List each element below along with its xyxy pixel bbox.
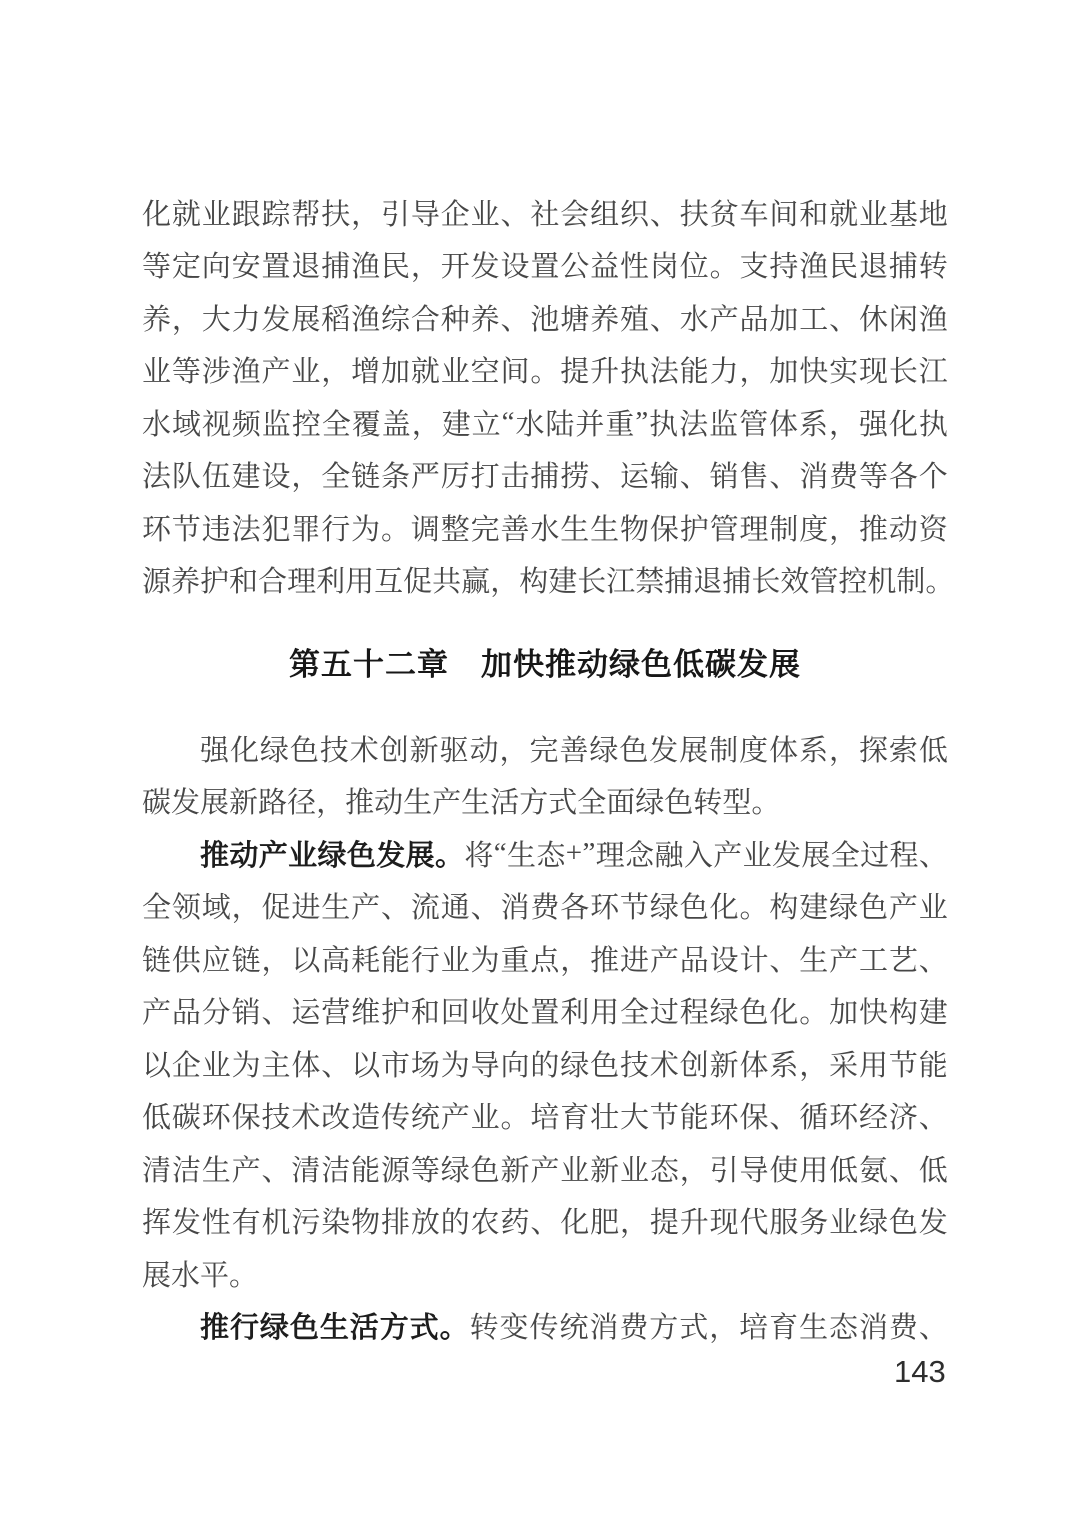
text-block: 化就业跟踪帮扶，引导企业、社会组织、扶贫车间和就业基地 等定向安置退捕渔民，开发… [142,186,948,1352]
text-line: 业等涉渔产业，增加就业空间。提升执法能力，加快实现长江 [142,344,948,397]
page-number: 143 [894,1354,954,1390]
text-line: 化就业跟踪帮扶，引导企业、社会组织、扶贫车间和就业基地 [142,186,948,239]
text-line: 挥发性有机污染物排放的农药、化肥，提升现代服务业绿色发 [142,1195,948,1248]
paragraph-fishing-ban-continuation: 化就业跟踪帮扶，引导企业、社会组织、扶贫车间和就业基地 等定向安置退捕渔民，开发… [142,186,948,606]
paragraph-green-lifestyle: 推行绿色生活方式。转变传统消费方式，培育生态消费、 [142,1300,948,1353]
text-line: 低碳环保技术改造传统产业。培育壮大节能环保、循环经济、 [142,1090,948,1143]
text-line: 推动产业绿色发展。将“生态+”理念融入产业发展全过程、 [142,827,948,880]
text-line: 全领域，促进生产、流通、消费各环节绿色化。构建绿色产业 [142,880,948,933]
paragraph-green-transition-intro: 强化绿色技术创新驱动，完善绿色发展制度体系，探索低 碳发展新路径，推动生产生活方… [142,722,948,827]
paragraph-green-industry: 推动产业绿色发展。将“生态+”理念融入产业发展全过程、 全领域，促进生产、流通、… [142,827,948,1300]
text-line: 养，大力发展稻渔综合种养、池塘养殖、水产品加工、休闲渔 [142,291,948,344]
text-line: 水域视频监控全覆盖，建立“水陆并重”执法监管体系，强化执 [142,396,948,449]
text-line: 以企业为主体、以市场为导向的绿色技术创新体系，采用节能 [142,1037,948,1090]
text-line: 等定向安置退捕渔民，开发设置公益性岗位。支持渔民退捕转 [142,239,948,292]
text-line: 链供应链，以高耗能行业为重点，推进产品设计、生产工艺、 [142,932,948,985]
text-line: 法队伍建设，全链条严厉打击捕捞、运输、销售、消费等各个 [142,449,948,502]
text-line: 清洁生产、清洁能源等绿色新产业新业态，引导使用低氨、低 [142,1142,948,1195]
text-line: 产品分销、运营维护和回收处置利用全过程绿色化。加快构建 [142,985,948,1038]
chapter-heading: 第五十二章 加快推动绿色低碳发展 [142,639,948,691]
text-line: 展水平。 [142,1247,948,1300]
text-line: 推行绿色生活方式。转变传统消费方式，培育生态消费、 [142,1300,948,1353]
text-line: 碳发展新路径，推动生产生活方式全面绿色转型。 [142,775,948,828]
text-line: 强化绿色技术创新驱动，完善绿色发展制度体系，探索低 [142,722,948,775]
text-line: 源养护和合理利用互促共赢，构建长江禁捕退捕长效管控机制。 [142,554,948,607]
text-line: 环节违法犯罪行为。调整完善水生生物保护管理制度，推动资 [142,501,948,554]
document-page: 化就业跟踪帮扶，引导企业、社会组织、扶贫车间和就业基地 等定向安置退捕渔民，开发… [0,0,1080,1527]
